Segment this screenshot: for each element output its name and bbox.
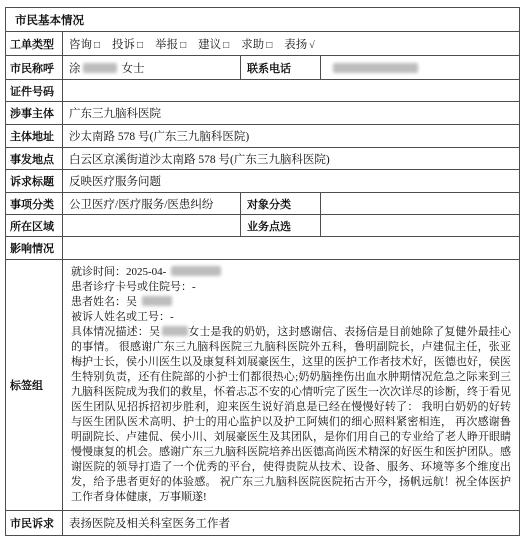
object-category-label: 对象分类 — [241, 193, 321, 214]
checkbox-consult-icon: □ — [94, 40, 100, 51]
row-citizen-appeal: 市民诉求 表扬医院及相关科室医务工作者 — [6, 511, 519, 535]
option-suggestion: 建议□ — [198, 36, 229, 52]
business-point-label: 业务点选 — [241, 215, 321, 236]
redacted-visit-time — [171, 266, 221, 276]
phone-label: 联系电话 — [241, 56, 321, 79]
tag-group-label: 标签组 — [6, 260, 63, 510]
work-order-document: 市民基本情况 工单类型 咨询□ 投诉□ 举报□ 建议□ 求助□ 表扬√ 市民称呼… — [5, 7, 520, 536]
checkbox-report-icon: □ — [180, 40, 186, 51]
card-number-line: 患者诊疗卡号或住院号：- — [71, 280, 511, 295]
accused-line: 被诉人姓名或工号：- — [71, 310, 511, 325]
row-incident-place: 事发地点 白云区京溪街道沙太南路 578 号(广东三九脑科医院) — [6, 148, 519, 170]
citizen-appeal-label: 市民诉求 — [6, 511, 63, 535]
row-section-header: 市民基本情况 — [6, 8, 519, 32]
region-value — [63, 215, 241, 236]
phone-value — [321, 56, 519, 79]
incident-place-label: 事发地点 — [6, 148, 63, 169]
row-region: 所在区域 业务点选 — [6, 215, 519, 237]
row-tag-group: 标签组 就诊时间：2025-04- 患者诊疗卡号或住院号：- 患者姓名：吴 被诉… — [6, 260, 519, 511]
blank-line — [71, 505, 511, 510]
subject-address-value: 沙太南路 578 号(广东三九脑科医院) — [63, 125, 519, 147]
row-subject-address: 主体地址 沙太南路 578 号(广东三九脑科医院) — [6, 125, 519, 148]
row-item-category: 事项分类 公卫医疗/医疗服务/医患纠纷 对象分类 — [6, 193, 519, 215]
row-impact: 影响情况 — [6, 237, 519, 260]
checkmark-praise-icon: √ — [309, 40, 315, 51]
citizen-name-value: 涂 女士 — [63, 56, 241, 79]
id-number-label: 证件号码 — [6, 80, 63, 101]
incident-place-value: 白云区京溪街道沙太南路 578 号(广东三九脑科医院) — [63, 148, 519, 169]
impact-label: 影响情况 — [6, 237, 63, 259]
tag-group-content: 就诊时间：2025-04- 患者诊疗卡号或住院号：- 患者姓名：吴 被诉人姓名或… — [63, 260, 519, 510]
work-order-type-label: 工单类型 — [6, 32, 63, 55]
id-number-value — [63, 80, 519, 101]
redacted-phone — [333, 63, 418, 73]
option-praise: 表扬√ — [284, 36, 315, 52]
section-title: 市民基本情况 — [6, 8, 519, 31]
checkbox-complaint-icon: □ — [137, 40, 143, 51]
appeal-title-label: 诉求标题 — [6, 170, 63, 192]
impact-value — [63, 237, 519, 259]
appeal-title-value: 反映医疗服务问题 — [63, 170, 519, 192]
row-appeal-title: 诉求标题 反映医疗服务问题 — [6, 170, 519, 193]
subject-value: 广东三九脑科医院 — [63, 102, 519, 124]
redacted-patient-name — [142, 296, 172, 306]
checkbox-help-icon: □ — [266, 40, 272, 51]
business-point-value — [321, 215, 519, 236]
item-category-label: 事项分类 — [6, 193, 63, 214]
subject-label: 涉事主体 — [6, 102, 63, 124]
option-help: 求助□ — [241, 36, 272, 52]
row-work-order-type: 工单类型 咨询□ 投诉□ 举报□ 建议□ 求助□ 表扬√ — [6, 32, 519, 56]
situation-description: 具体情况描述：吴女士是我的奶奶，这封感谢信、表扬信是目前她除了复健外最挂心的事情… — [71, 325, 511, 505]
redacted-desc-name — [162, 326, 188, 336]
row-subject: 涉事主体 广东三九脑科医院 — [6, 102, 519, 125]
option-complaint: 投诉□ — [112, 36, 143, 52]
option-report: 举报□ — [155, 36, 186, 52]
row-id-number: 证件号码 — [6, 80, 519, 102]
row-citizen-name: 市民称呼 涂 女士 联系电话 — [6, 56, 519, 80]
region-label: 所在区域 — [6, 215, 63, 236]
option-consult: 咨询□ — [69, 36, 100, 52]
visit-time-line: 就诊时间：2025-04- — [71, 265, 511, 280]
citizen-appeal-value: 表扬医院及相关科室医务工作者 — [63, 511, 519, 535]
object-category-value — [321, 193, 519, 214]
checkbox-suggestion-icon: □ — [223, 40, 229, 51]
citizen-name-label: 市民称呼 — [6, 56, 63, 79]
subject-address-label: 主体地址 — [6, 125, 63, 147]
item-category-value: 公卫医疗/医疗服务/医患纠纷 — [63, 193, 241, 214]
redacted-citizen-name — [83, 63, 117, 73]
work-order-type-options: 咨询□ 投诉□ 举报□ 建议□ 求助□ 表扬√ — [63, 32, 519, 55]
patient-name-line: 患者姓名：吴 — [71, 295, 511, 310]
